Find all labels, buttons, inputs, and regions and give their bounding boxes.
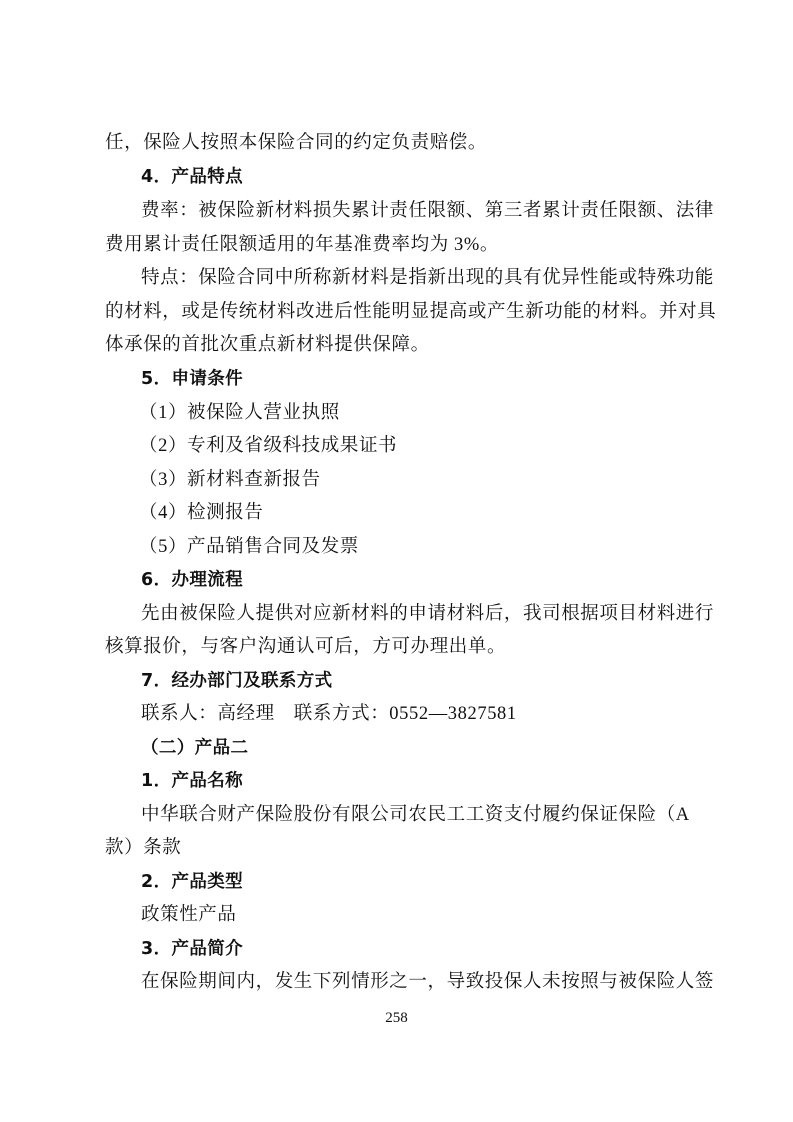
list-item: （3）新材料查新报告	[139, 470, 321, 490]
section-heading-product-type: 2．产品类型	[141, 872, 243, 892]
section-heading-product-two: （二）产品二	[141, 738, 248, 758]
paragraph-line: 费率：被保险新材料损失累计责任限额、第三者累计责任限额、法律	[141, 201, 714, 221]
section-heading-contact: 7．经办部门及联系方式	[141, 671, 333, 691]
paragraph-line: 核算报价，与客户沟通认可后，方可办理出单。	[105, 637, 506, 657]
paragraph-line: 款）条款	[105, 838, 181, 858]
paragraph-line: 的材料，或是传统材料改进后性能明显提高或产生新功能的材料。并对具	[105, 302, 716, 322]
paragraph-line: 任，保险人按照本保险合同的约定负责赔偿。	[105, 133, 487, 153]
paragraph-line: 体承保的首批次重点新材料提供保障。	[105, 335, 430, 355]
section-heading-product-intro: 3．产品简介	[141, 939, 243, 959]
list-item: （2）专利及省级科技成果证书	[139, 436, 397, 456]
list-item: （5）产品销售合同及发票	[139, 537, 359, 557]
paragraph-line: 费用累计责任限额适用的年基准费率均为 3%。	[105, 235, 499, 255]
section-heading-application-conditions: 5．申请条件	[141, 369, 243, 389]
list-item: （1）被保险人营业执照	[139, 403, 340, 423]
document-page: 任，保险人按照本保险合同的约定负责赔偿。 4．产品特点 费率：被保险新材料损失累…	[0, 0, 793, 1122]
paragraph-line: 在保险期间内，发生下列情形之一，导致投保人未按照与被保险人签	[141, 972, 714, 992]
paragraph-line: 先由被保险人提供对应新材料的申请材料后，我司根据项目材料进行	[141, 604, 714, 624]
section-heading-process: 6．办理流程	[141, 570, 243, 590]
section-heading-product-features: 4．产品特点	[141, 167, 243, 187]
paragraph-line: 政策性产品	[141, 905, 237, 925]
page-number: 258	[0, 1009, 793, 1027]
paragraph-line: 特点：保险合同中所称新材料是指新出现的具有优异性能或特殊功能	[141, 268, 714, 288]
paragraph-line: 中华联合财产保险股份有限公司农民工工资支付履约保证保险（A	[141, 805, 690, 825]
list-item: （4）检测报告	[139, 503, 263, 523]
contact-info: 联系人：高经理 联系方式：0552—3827581	[141, 704, 517, 724]
section-heading-product-name: 1．产品名称	[141, 771, 243, 791]
